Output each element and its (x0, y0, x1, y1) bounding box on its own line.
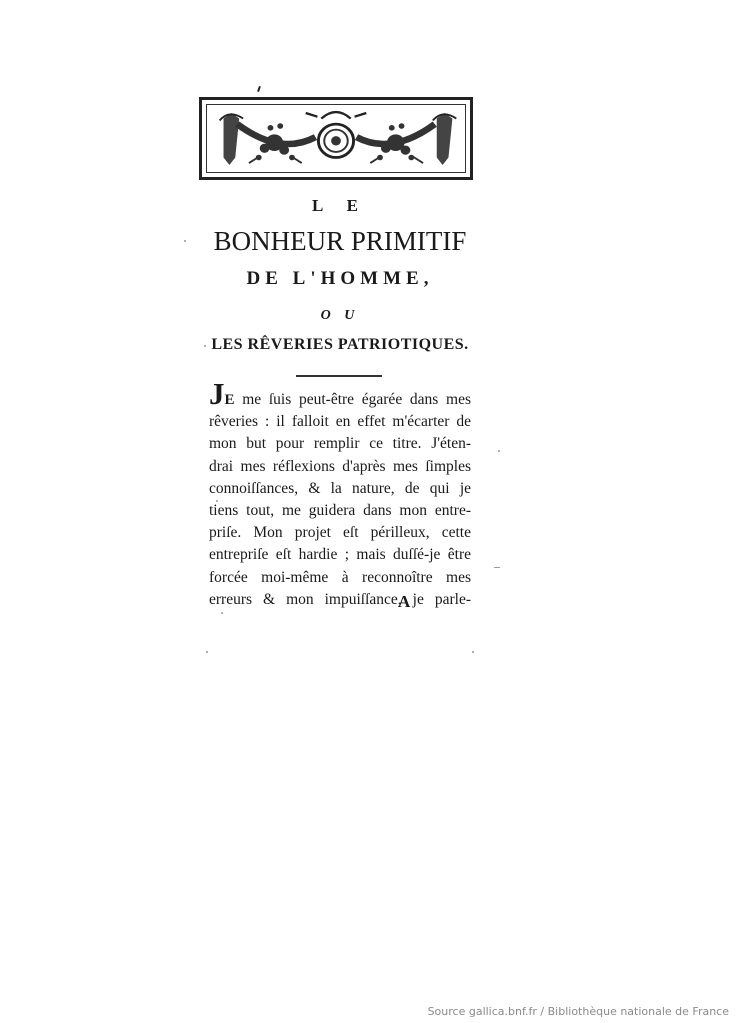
source-attribution: Source gallica.bnf.fr / Bibliothèque nat… (428, 1005, 729, 1018)
scanned-book-page: L E BONHEUR PRIMITIF DE L'HOMME, O U LES… (0, 0, 741, 1023)
body-line-6: tiens tout, me guidera dans mon entre- (209, 500, 471, 522)
title-subject: DE L'HOMME, (190, 268, 490, 290)
body-line-2: rêveries : il falloit en effet m'écarter… (209, 411, 471, 433)
body-line-4: drai mes réflexions d'après mes ſimples (209, 456, 471, 478)
body-line-3: mon but pour remplir ce titre. J'éten- (209, 433, 471, 455)
scan-speck (204, 345, 206, 347)
section-divider-rule (296, 375, 382, 377)
scan-speck (206, 651, 208, 653)
body-line-7: priſe. Mon projet eſt périlleux, cette (209, 522, 471, 544)
title-main: BONHEUR PRIMITIF (190, 226, 490, 257)
drop-cap: J (209, 376, 225, 411)
body-line-1: JE me ſuis peut-être égarée dans mes (209, 384, 471, 411)
title-subtitle: LES RÊVERIES PATRIOTIQUES. (190, 336, 490, 354)
body-line-9: forcée moi-même à reconnoître mes (209, 567, 471, 589)
body-line-10: erreurs & mon impuiſſance, je parle- (209, 589, 471, 611)
scan-speck (221, 612, 223, 614)
body-line-8: entrepriſe eſt hardie ; mais duſſé-je êt… (209, 544, 471, 566)
title-article: L E (190, 196, 490, 216)
scan-speck (216, 500, 218, 502)
body-paragraph: JE me ſuis peut-être égarée dans mes rêv… (209, 384, 471, 611)
title-conjunction: O U (190, 308, 490, 324)
headpiece-ornament (199, 97, 473, 180)
scan-speck (184, 240, 186, 242)
garland-ornament-icon (202, 100, 470, 177)
scan-speck (257, 86, 261, 92)
drop-cap-rest: E (225, 392, 235, 408)
scan-speck (494, 567, 500, 568)
scan-speck (498, 450, 500, 452)
body-line-5: connoiſſances, & la nature, de qui je (209, 478, 471, 500)
scan-speck (472, 651, 474, 653)
signature-mark: A (398, 592, 410, 612)
